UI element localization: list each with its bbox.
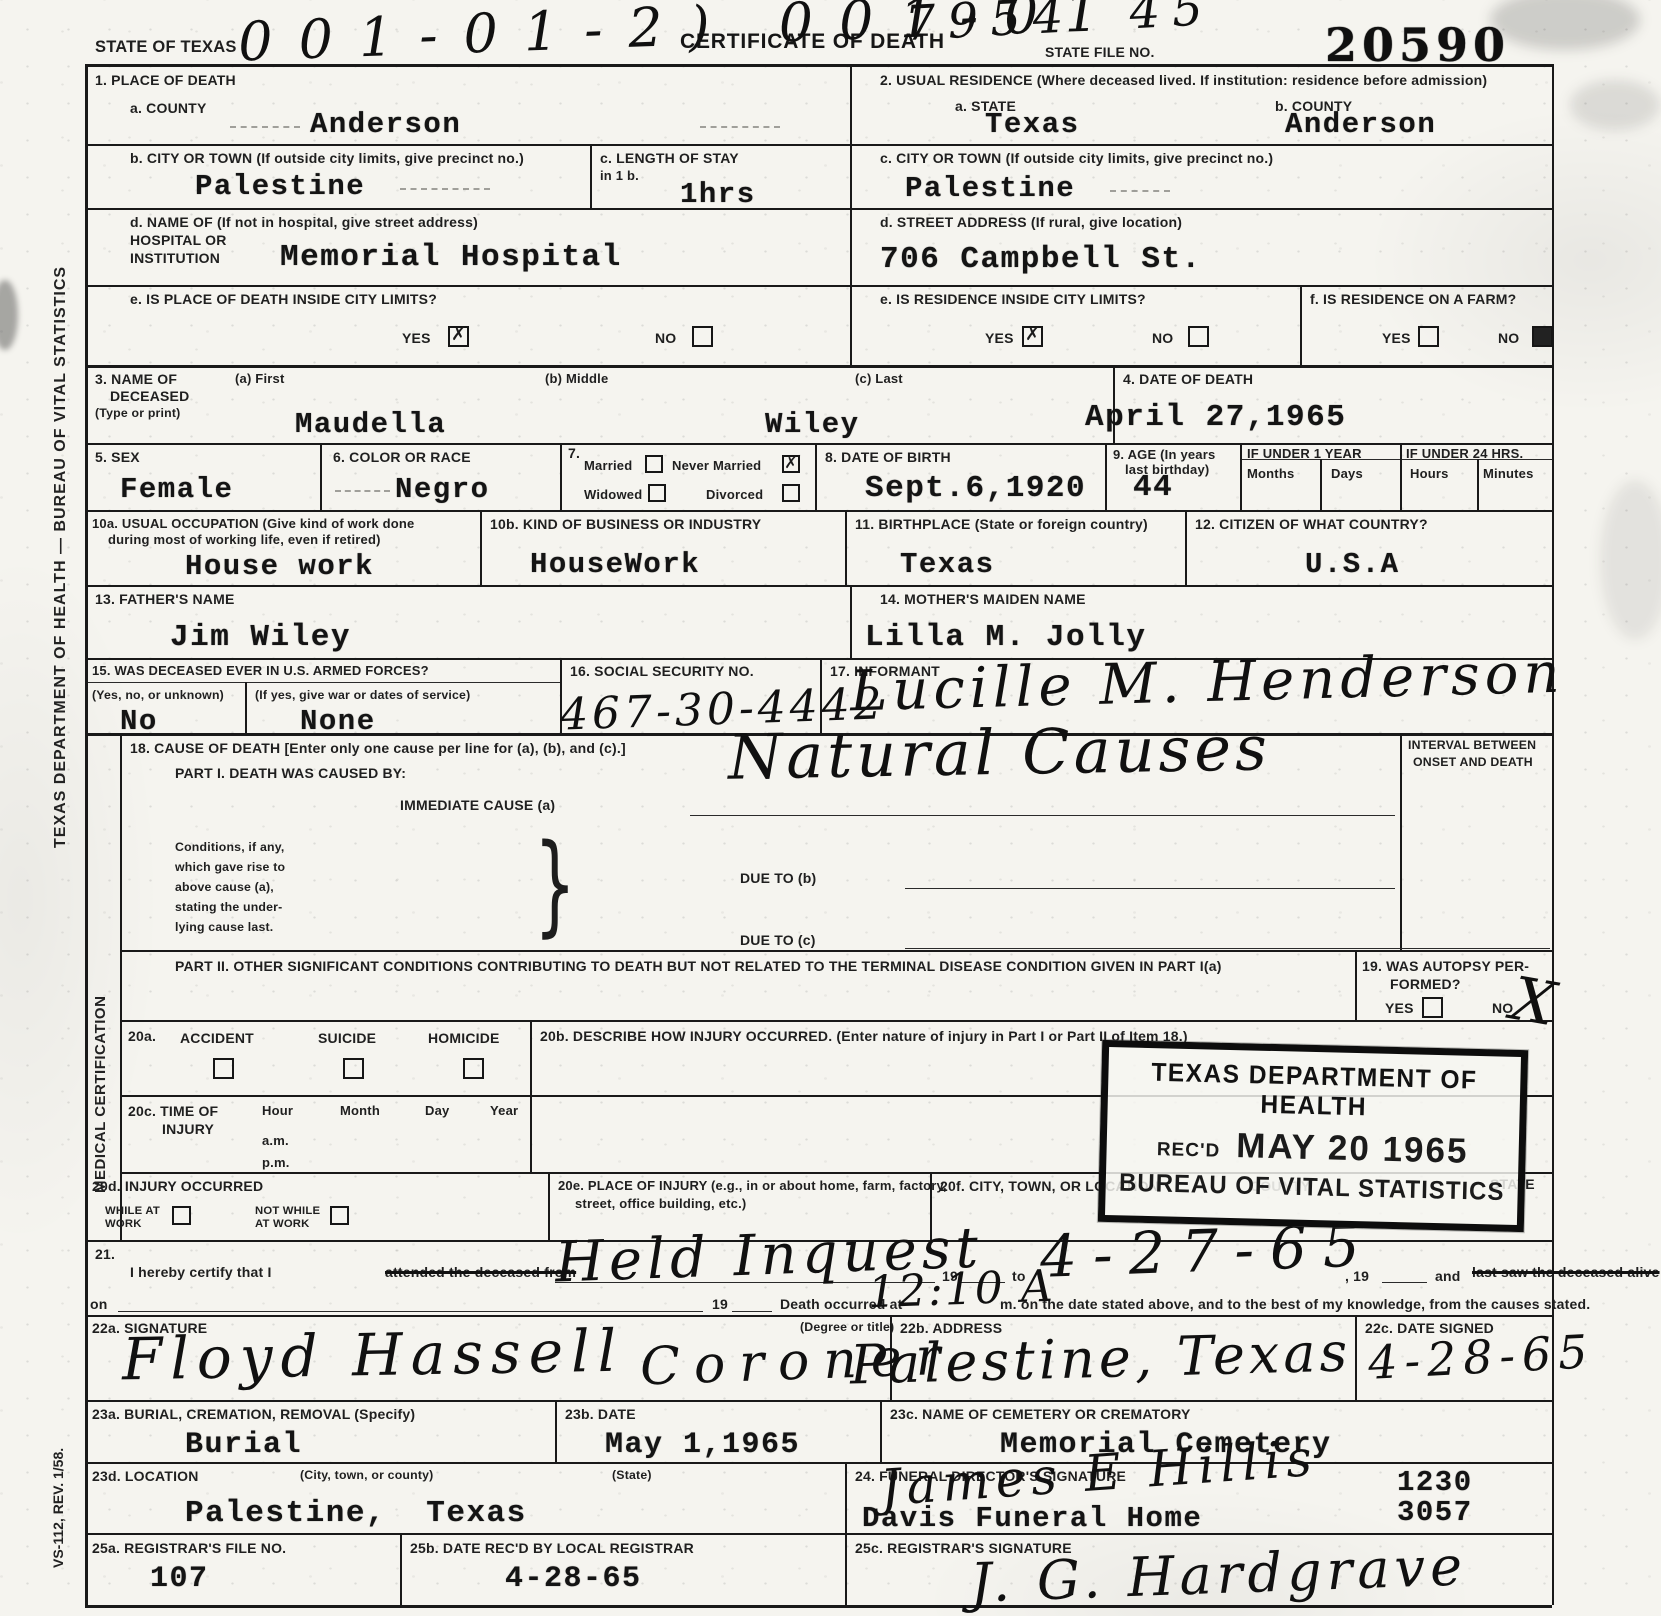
burial-date-value: May 1,1965 — [605, 1428, 800, 1462]
registrar-signature: J. G. Hardgrave — [969, 1539, 1468, 1610]
race-label: 6. COLOR OR RACE — [333, 449, 471, 465]
date-of-birth-label: 8. DATE OF BIRTH — [825, 449, 951, 465]
divider — [1400, 733, 1402, 950]
divider — [1105, 443, 1107, 510]
funeral-number-2: 3057 — [1397, 1496, 1473, 1529]
informant-signature: Lucille M. Henderson — [849, 646, 1565, 721]
divider — [85, 682, 560, 683]
registrar-file-no-value: 107 — [150, 1562, 209, 1596]
divider — [85, 510, 1552, 512]
occupation-value: House work — [185, 550, 374, 583]
divider — [548, 1172, 550, 1240]
stamp-recd-label: REC'D — [1157, 1139, 1221, 1163]
state-of-texas-label: STATE OF TEXAS — [95, 38, 237, 57]
divider — [85, 1462, 1552, 1464]
death-city-limits-no: NO — [655, 330, 676, 346]
while-at-work-label-1: WHILE AT — [105, 1205, 160, 1217]
checkbox-residence-farm-yes — [1418, 326, 1439, 347]
interval-label-2: ONSET AND DEATH — [1413, 755, 1533, 769]
divider — [85, 1605, 1552, 1608]
residence-county-value: Anderson — [1285, 108, 1436, 141]
armed-forces-value: No — [120, 705, 158, 738]
handwritten-note: 7954 45 — [904, 0, 1216, 48]
divider — [880, 1400, 882, 1462]
checkbox-suicide — [343, 1058, 364, 1079]
due-to-b-label: DUE TO (b) — [740, 870, 816, 886]
death-city-limits-yes: YES — [402, 330, 431, 346]
residence-city-limits-no: NO — [1152, 330, 1173, 346]
death-certificate-scan: STATE OF TEXAS 001-01-2) 001-01 CERTIFIC… — [0, 0, 1661, 1616]
divider — [120, 733, 122, 1240]
occupation-label-1: 10a. USUAL OCCUPATION (Give kind of work… — [92, 516, 415, 531]
certify-struck-last-saw: last saw the deceased alive — [1472, 1264, 1660, 1280]
usual-residence-title: 2. USUAL RESIDENCE (Where deceased lived… — [880, 72, 1487, 88]
marital-section-label: 7. — [568, 445, 580, 461]
year-19-third: 19 — [712, 1296, 728, 1312]
divider — [85, 208, 1552, 210]
certify-tail-text: m. on the date stated above, and to the … — [1000, 1296, 1590, 1312]
brace-glyph: } — [534, 820, 576, 948]
divider — [845, 1462, 847, 1605]
residence-farm-label: f. IS RESIDENCE ON A FARM? — [1310, 291, 1516, 307]
armed-forces-label: 15. WAS DECEASED EVER IN U.S. ARMED FORC… — [92, 663, 429, 678]
divider — [85, 144, 1552, 146]
injury-occurred-label: 20d. INJURY OCCURRED — [92, 1178, 263, 1194]
autopsy-label-2: FORMED? — [1390, 976, 1461, 992]
conditions-note-1: Conditions, if any, — [175, 840, 284, 854]
scan-smudge — [1490, 0, 1640, 50]
hospital-sublabel-2: INSTITUTION — [130, 250, 220, 266]
marital-married-label: Married — [584, 458, 632, 473]
artifact-dash — [230, 126, 300, 128]
industry-label: 10b. KIND OF BUSINESS OR INDUSTRY — [490, 516, 761, 532]
divider — [1185, 510, 1187, 585]
funeral-number-1: 1230 — [1397, 1466, 1473, 1499]
mothers-maiden-name-value: Lilla M. Jolly — [865, 620, 1146, 655]
divider — [85, 585, 1552, 587]
certify-section-num: 21. — [95, 1246, 115, 1262]
month-label: Month — [340, 1103, 380, 1118]
residence-city-value: Palestine — [905, 172, 1075, 205]
margin-agency-text: TEXAS DEPARTMENT OF HEALTH — BUREAU OF V… — [52, 282, 70, 848]
writing-line — [905, 888, 1395, 889]
describe-injury-label: 20b. DESCRIBE HOW INJURY OCCURRED. (Ente… — [540, 1028, 1188, 1044]
divider — [590, 144, 592, 208]
divider — [850, 64, 852, 365]
checkbox-autopsy-yes — [1422, 997, 1443, 1018]
divider — [1400, 443, 1402, 510]
check-mark: ✗ — [451, 324, 466, 345]
checkbox-residence-farm-no — [1532, 326, 1553, 347]
fathers-name-value: Jim Wiley — [170, 620, 351, 655]
cause-of-death-handwriting: Natural Causes — [728, 717, 1272, 788]
occupation-label-2: during most of working life, even if ret… — [108, 532, 381, 547]
divider — [1300, 285, 1302, 365]
date-of-birth-value: Sept.6,1920 — [865, 471, 1086, 506]
divider — [530, 1020, 532, 1172]
residence-city-limits-yes: YES — [985, 330, 1014, 346]
cause-of-death-title: 18. CAUSE OF DEATH [Enter only one cause… — [130, 740, 626, 756]
armed-forces-sub2: (If yes, give war or dates of service) — [255, 688, 470, 702]
name-of-deceased-title: 3. NAME OF — [95, 371, 177, 387]
date-recd-value: 4-28-65 — [505, 1562, 642, 1596]
county-of-death-value: Anderson — [310, 108, 461, 141]
hospital-sublabel-1: HOSPITAL OR — [130, 232, 227, 248]
checkbox-not-while-at-work — [330, 1206, 349, 1225]
name-of-deceased-title3: (Type or print) — [95, 406, 180, 420]
checkbox-widowed — [648, 484, 666, 502]
birthplace-value: Texas — [900, 548, 995, 581]
checkbox-never-married: ✗ — [782, 455, 800, 473]
burial-value: Burial — [185, 1428, 302, 1462]
burial-label: 23a. BURIAL, CREMATION, REMOVAL (Specify… — [92, 1406, 415, 1422]
divider — [85, 1400, 1552, 1402]
checkbox-married — [645, 455, 663, 473]
last-name-label: (c) Last — [855, 371, 903, 386]
first-name-value: Maudella — [295, 408, 446, 441]
time-of-death-handwriting: 12:10 A — [867, 1265, 1055, 1315]
checkbox-while-at-work — [172, 1206, 191, 1225]
last-name-value: Wiley — [765, 408, 860, 441]
fathers-name-label: 13. FATHER'S NAME — [95, 591, 235, 607]
marital-divorced-label: Divorced — [706, 487, 763, 502]
scan-smudge — [1600, 480, 1661, 640]
burial-date-label: 23b. DATE — [565, 1406, 636, 1422]
day-label: Day — [425, 1103, 449, 1118]
received-stamp: TEXAS DEPARTMENT OF HEALTH REC'D MAY 20 … — [1098, 1040, 1528, 1232]
registrar-file-no-label: 25a. REGISTRAR'S FILE NO. — [92, 1540, 286, 1556]
check-mark: ✗ — [784, 453, 797, 472]
check-mark: ✗ — [1025, 324, 1040, 345]
suicide-label: SUICIDE — [318, 1030, 376, 1046]
stamp-agency-line: TEXAS DEPARTMENT OF HEALTH — [1107, 1058, 1520, 1127]
age-value: 44 — [1133, 470, 1173, 505]
divider — [1477, 459, 1479, 510]
divider — [85, 1533, 1552, 1535]
immediate-cause-label: IMMEDIATE CAUSE (a) — [400, 797, 555, 813]
city-of-death-value: Palestine — [195, 170, 365, 203]
scan-smudge — [1570, 80, 1660, 130]
place-of-death-title: 1. PLACE OF DEATH — [95, 72, 236, 88]
marital-widowed-label: Widowed — [584, 487, 642, 502]
interval-label-1: INTERVAL BETWEEN — [1408, 738, 1536, 752]
state-file-no-label: STATE FILE NO. — [1045, 44, 1155, 60]
ssn-label: 16. SOCIAL SECURITY NO. — [570, 663, 754, 679]
writing-line — [732, 1311, 772, 1312]
place-of-injury-label-2: street, office building, etc.) — [575, 1196, 746, 1211]
if-under-1-year-label: IF UNDER 1 YEAR — [1247, 446, 1362, 461]
funeral-director-signature: James E Hillis — [879, 1433, 1319, 1513]
due-to-c-label: DUE TO (c) — [740, 932, 816, 948]
race-value: Negro — [395, 473, 490, 506]
conditions-note-3: above cause (a), — [175, 880, 274, 894]
year-label: Year — [490, 1103, 518, 1118]
hours-label: Hours — [1410, 466, 1449, 481]
writing-line — [1382, 1282, 1427, 1283]
city-of-death-label: b. CITY OR TOWN (If outside city limits,… — [130, 150, 524, 166]
stamp-date: MAY 20 1965 — [1236, 1126, 1469, 1172]
hospital-label: d. NAME OF (If not in hospital, give str… — [130, 214, 478, 230]
checkbox-death-city-limits-yes: ✗ — [448, 326, 469, 347]
stamp-bureau-line: BUREAU OF VITAL STATISTICS — [1105, 1168, 1518, 1207]
certify-struck-attended: attended the deceased from — [385, 1264, 576, 1280]
medical-certification-text: MEDICAL CERTIFICATION — [92, 903, 109, 1193]
street-address-value: 706 Campbell St. — [880, 242, 1202, 277]
certify-text: I hereby certify that I — [130, 1264, 272, 1280]
street-address-label: d. STREET ADDRESS (If rural, give locati… — [880, 214, 1182, 230]
divider — [560, 443, 562, 510]
divider — [850, 585, 852, 658]
artifact-dash — [335, 490, 390, 492]
checkbox-divorced — [782, 484, 800, 502]
divider — [120, 1020, 1552, 1022]
checkbox-residence-city-limits-yes: ✗ — [1022, 326, 1043, 347]
marital-never-married-label: Never Married — [672, 458, 761, 473]
and-word: and — [1435, 1268, 1461, 1284]
date-of-death-value: April 27,1965 — [1085, 400, 1346, 435]
burial-location-sub2: (State) — [612, 1468, 652, 1482]
writing-line — [690, 815, 1395, 816]
divider — [400, 1533, 402, 1605]
middle-name-label: (b) Middle — [545, 371, 608, 386]
residence-farm-no: NO — [1498, 330, 1519, 346]
place-of-injury-label-1: 20e. PLACE OF INJURY (e.g., in or about … — [558, 1178, 947, 1193]
am-label: a.m. — [262, 1133, 289, 1148]
writing-line — [905, 948, 1550, 949]
divider — [85, 285, 1552, 287]
divider — [85, 1315, 1552, 1317]
days-label: Days — [1331, 466, 1363, 481]
conditions-note-5: lying cause last. — [175, 920, 273, 934]
cemetery-label: 23c. NAME OF CEMETERY OR CREMATORY — [890, 1406, 1191, 1422]
divider — [85, 64, 88, 1605]
checkbox-homicide — [463, 1058, 484, 1079]
accident-label: ACCIDENT — [180, 1030, 254, 1046]
part2-label: PART II. OTHER SIGNIFICANT CONDITIONS CO… — [175, 958, 1222, 974]
divider — [85, 443, 1552, 445]
citizen-label: 12. CITIZEN OF WHAT COUNTRY? — [1195, 516, 1428, 532]
artifact-dash — [1110, 190, 1170, 192]
artifact-dash — [700, 126, 780, 128]
citizen-value: U.S.A — [1305, 548, 1400, 581]
accident-section-num: 20a. — [128, 1028, 156, 1044]
divider — [1320, 459, 1322, 510]
divider — [555, 1400, 557, 1462]
residence-city-label: c. CITY OR TOWN (If outside city limits,… — [880, 150, 1273, 166]
while-at-work-label-2: WORK — [105, 1218, 142, 1230]
conditions-note-2: which gave rise to — [175, 860, 285, 874]
if-under-24-hrs-label: IF UNDER 24 HRS. — [1406, 446, 1523, 461]
length-of-stay-sublabel: in 1 b. — [600, 168, 639, 183]
length-of-stay-value: 1hrs — [680, 178, 756, 211]
on-word: on — [90, 1296, 108, 1312]
state-file-number: 20590 — [1325, 18, 1510, 72]
address-handwriting: Palestine, Texas — [849, 1325, 1351, 1392]
first-name-label: (a) First — [235, 371, 284, 386]
pm-label: p.m. — [262, 1155, 290, 1170]
date-recd-label: 25b. DATE REC'D BY LOCAL REGISTRAR — [410, 1540, 694, 1556]
homicide-label: HOMICIDE — [428, 1030, 500, 1046]
divider — [815, 443, 817, 510]
divider — [320, 443, 322, 510]
burial-location-value: Palestine, Texas — [185, 1496, 527, 1531]
artifact-dash — [400, 188, 490, 190]
burial-location-sub1: (City, town, or county) — [300, 1468, 433, 1482]
part1-label: PART I. DEATH WAS CAUSED BY: — [175, 765, 406, 781]
hospital-value: Memorial Hospital — [280, 240, 622, 275]
not-while-at-work-label-2: AT WORK — [255, 1218, 310, 1230]
months-label: Months — [1247, 466, 1294, 481]
residence-farm-yes: YES — [1382, 330, 1411, 346]
scan-smudge — [0, 280, 18, 350]
date-of-death-label: 4. DATE OF DEATH — [1123, 371, 1253, 387]
autopsy-yes: YES — [1385, 1000, 1414, 1016]
mothers-maiden-name-label: 14. MOTHER'S MAIDEN NAME — [880, 591, 1086, 607]
divider — [245, 682, 247, 733]
armed-forces-sub1: (Yes, no, or unknown) — [92, 688, 224, 702]
birthplace-label: 11. BIRTHPLACE (State or foreign country… — [855, 516, 1148, 532]
divider — [1355, 950, 1357, 1020]
age-label-1: 9. AGE (In years — [1113, 447, 1215, 462]
divider — [1240, 443, 1242, 510]
residence-city-limits-label: e. IS RESIDENCE INSIDE CITY LIMITS? — [880, 291, 1146, 307]
divider — [1355, 1315, 1357, 1400]
coroner-signature: Floyd Hassell — [122, 1322, 625, 1389]
not-while-at-work-label-1: NOT WHILE — [255, 1205, 320, 1217]
name-of-deceased-title2: DECEASED — [110, 388, 189, 404]
war-service-value: None — [300, 705, 376, 738]
checkbox-residence-city-limits-no — [1188, 326, 1209, 347]
divider — [85, 365, 1552, 368]
sex-value: Female — [120, 473, 233, 506]
date-signed-handwriting: 4-28-65 — [1367, 1328, 1596, 1386]
form-code-text: VS-112, REV. 1/58. — [50, 1388, 66, 1568]
sex-label: 5. SEX — [95, 449, 140, 465]
death-city-limits-label: e. IS PLACE OF DEATH INSIDE CITY LIMITS? — [130, 291, 437, 307]
checkbox-death-city-limits-no — [692, 326, 713, 347]
time-of-injury-label-1: 20c. TIME OF — [128, 1103, 218, 1119]
divider — [480, 510, 482, 585]
writing-line — [118, 1311, 703, 1312]
industry-value: HouseWork — [530, 548, 700, 581]
burial-location-label: 23d. LOCATION — [92, 1468, 199, 1484]
checkbox-accident — [213, 1058, 234, 1079]
time-of-injury-label-2: INJURY — [162, 1121, 214, 1137]
county-of-death-label: a. COUNTY — [130, 100, 206, 116]
length-of-stay-label: c. LENGTH OF STAY — [600, 150, 739, 166]
conditions-note-4: stating the under- — [175, 900, 282, 914]
residence-state-value: Texas — [985, 108, 1080, 141]
divider — [845, 510, 847, 585]
divider — [120, 950, 1552, 952]
minutes-label: Minutes — [1483, 466, 1534, 481]
hour-label: Hour — [262, 1103, 293, 1118]
autopsy-label-1: 19. WAS AUTOPSY PER- — [1362, 958, 1529, 974]
